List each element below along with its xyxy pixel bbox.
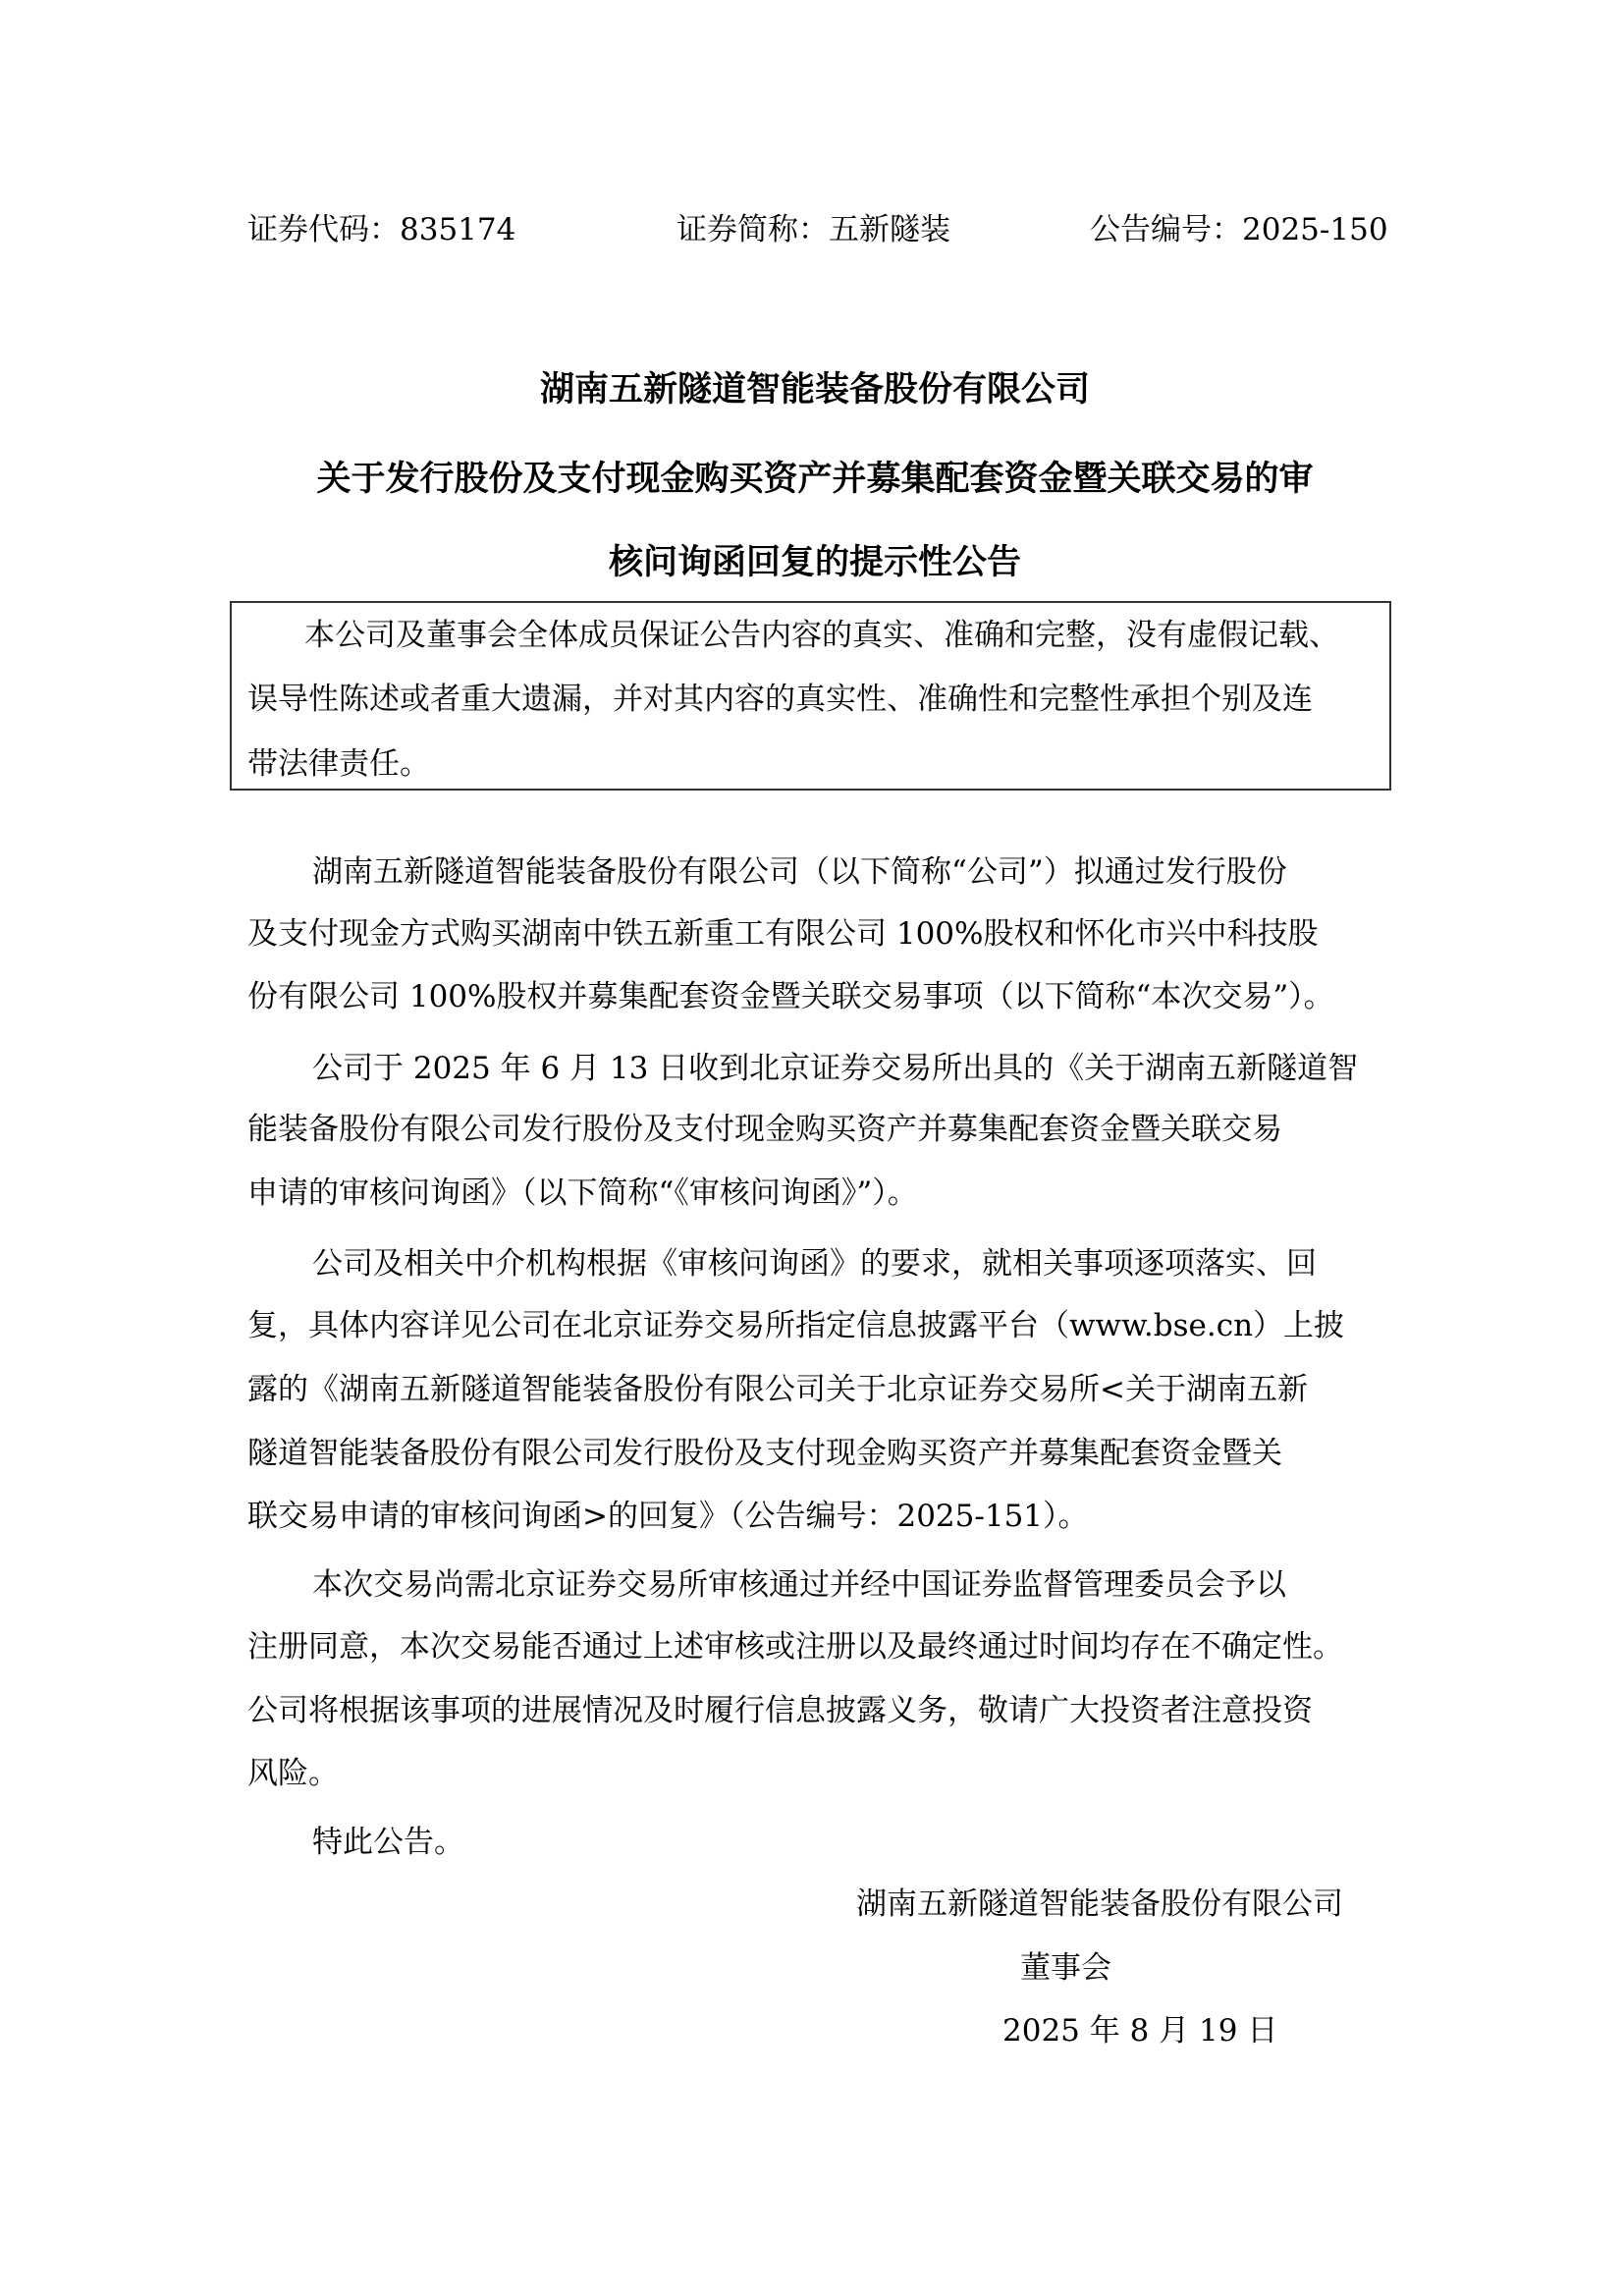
paragraph-1-line: 及支付现金方式购买湖南中铁五新重工有限公司 100%股权和怀化市兴中科技股 (247, 912, 1318, 956)
disclaimer-line: 带法律责任。 (247, 742, 430, 786)
paragraph-4-line: 风险。 (247, 1752, 339, 1795)
paragraph-3-line: 隧道智能装备股份有限公司发行股份及支付现金购买资产并募集配套资金暨关 (247, 1432, 1282, 1475)
title-company: 湖南五新隧道智能装备股份有限公司 (236, 365, 1394, 414)
signature-date: 2025 年 8 月 19 日 (1002, 2009, 1277, 2052)
disclaimer-line: 本公司及董事会全体成员保证公告内容的真实、准确和完整，没有虚假记载、 (304, 614, 1339, 657)
security-code: 证券代码：835174 (247, 208, 515, 251)
paragraph-3-line: 复，具体内容详见公司在北京证券交易所指定信息披露平台（www.bse.cn）上披 (247, 1304, 1344, 1347)
paragraph-1-line: 湖南五新隧道智能装备股份有限公司（以下简称“公司”）拟通过发行股份 (312, 850, 1287, 894)
paragraph-1-line: 份有限公司 100%股权并募集配套资金暨关联交易事项（以下简称“本次交易”）。 (247, 975, 1334, 1018)
paragraph-3-line: 露的《湖南五新隧道智能装备股份有限公司关于北京证券交易所<关于湖南五新 (247, 1368, 1308, 1411)
disclaimer-line: 误导性陈述或者重大遗漏，并对其内容的真实性、准确性和完整性承担个别及连 (247, 678, 1313, 721)
signature-company: 湖南五新隧道智能装备股份有限公司 (856, 1883, 1343, 1926)
paragraph-4-line: 注册同意，本次交易能否通过上述审核或注册以及最终通过时间均存在不确定性。 (247, 1625, 1343, 1668)
paragraph-2-line: 申请的审核问询函》（以下简称“《审核问询函》”）。 (247, 1172, 918, 1215)
paragraph-3-line: 联交易申请的审核问询函>的回复》（公告编号：2025-151）。 (247, 1495, 1089, 1538)
signature-board: 董事会 (1020, 1946, 1111, 1990)
title-subject-line1: 关于发行股份及支付现金购买资产并募集配套资金暨关联交易的审 (236, 455, 1394, 504)
closing-statement: 特此公告。 (312, 1821, 464, 1864)
security-abbreviation: 证券简称：五新隧装 (676, 208, 950, 251)
paragraph-4-line: 本次交易尚需北京证券交易所审核通过并经中国证券监督管理委员会予以 (312, 1563, 1286, 1607)
title-subject-line2: 核问询函回复的提示性公告 (236, 538, 1394, 587)
paragraph-2-line: 能装备股份有限公司发行股份及支付现金购买资产并募集配套资金暨关联交易 (247, 1108, 1282, 1151)
paragraph-2-line: 公司于 2025 年 6 月 13 日收到北京证券交易所出具的《关于湖南五新隧道… (312, 1047, 1358, 1090)
header-info: 证券代码：835174 证券简称：五新隧装 公告编号：2025-150 (247, 208, 1386, 251)
paragraph-3-line: 公司及相关中介机构根据《审核问询函》的要求，就相关事项逐项落实、回 (312, 1242, 1317, 1285)
announcement-number: 公告编号：2025-150 (1090, 208, 1388, 251)
paragraph-4-line: 公司将根据该事项的进展情况及时履行信息披露义务，敬请广大投资者注意投资 (247, 1689, 1313, 1732)
